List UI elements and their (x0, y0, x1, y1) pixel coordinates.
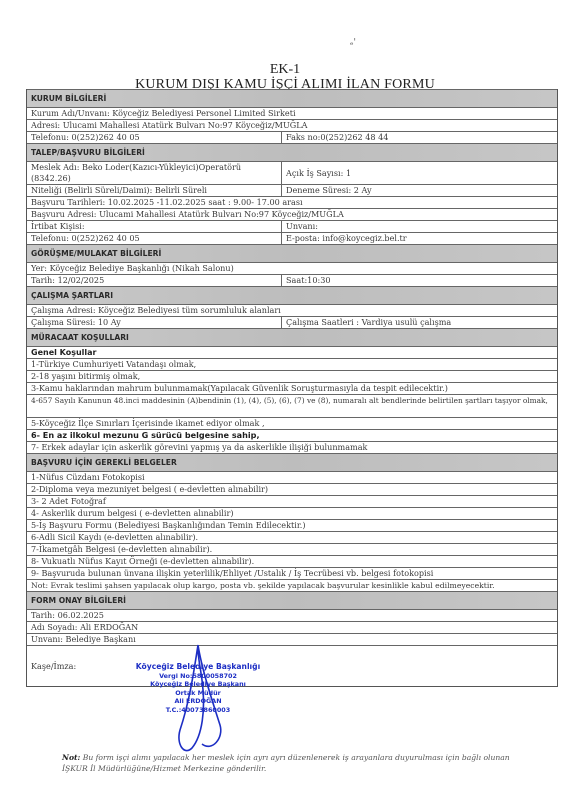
list-item: 2-18 yaşını bitirmiş olmak, (27, 370, 557, 382)
onay-adi-soyadi: Adı Soyadı: Ali ERDOĞAN (27, 622, 557, 633)
condition-7: 7- Erkek adaylar için askerlik görevini … (27, 442, 557, 453)
acik-is-sayisi: Açık İş Sayısı: 1 (282, 162, 557, 184)
section-title: KURUM BİLGİLERİ (27, 90, 557, 107)
footer-note-label: Not: (62, 753, 80, 762)
list-item: 3- 2 Adet Fotoğraf (27, 495, 557, 507)
irtibat-unvan: Unvanı: (282, 221, 557, 232)
announcement-form: KURUM BİLGİLERİ Kurum Adı/Unvanı: Köyceğ… (26, 89, 558, 687)
list-item: 7-İkametgâh Belgesi (e-devletten alınabi… (27, 543, 557, 555)
genel-kosullar-row: Genel Koşullar (27, 346, 557, 358)
kurum-name-row: Kurum Adı/Unvanı: Köyceğiz Belediyesi Pe… (27, 107, 557, 119)
basvuru-tarihleri: Başvuru Tarihleri: 10.02.2025 -11.02.202… (27, 197, 557, 208)
calisma-saatleri: Çalışma Saatleri : Vardiya usulü çalışma (282, 317, 557, 328)
onay-unvan: Unvanı: Belediye Başkanı (27, 634, 557, 645)
stamp-line: Ortak Müdür (128, 689, 268, 698)
kurum-fax: Faks no:0(252)262 48 44 (282, 132, 557, 143)
documents-note: Not: Evrak teslimi şahsen yapılacak olup… (27, 580, 557, 591)
calisma-adres-row: Çalışma Adresi: Köyceğiz Belediyesi tüm … (27, 304, 557, 316)
annex-label: EK-1 (0, 62, 570, 78)
onay-adi-row: Adı Soyadı: Ali ERDOĞAN (27, 621, 557, 633)
document-4: 4- Askerlik durum belgesi ( e-devletten … (27, 508, 557, 519)
stamp-line: T.C.:40073860003 (128, 706, 268, 715)
document-8: 8- Vukuatlı Nüfus Kayıt Örneği (e-devlet… (27, 556, 557, 567)
meslek-adi: Meslek Adı: Beko Loder(Kazıcı-Yükleyici)… (27, 162, 282, 184)
list-item: 3-Kamu haklarından mahrum bulunmamak(Yap… (27, 382, 557, 394)
footer-note-text: Bu form işçi alımı yapılacak her meslek … (62, 753, 510, 773)
calisma-sure-row: Çalışma Süresi: 10 Ay Çalışma Saatleri :… (27, 316, 557, 328)
irtibat-row: İrtibat Kişisi: Unvanı: (27, 220, 557, 232)
section-title: ÇALIŞMA ŞARTLARI (27, 287, 557, 304)
condition-1: 1-Türkiye Cumhuriyeti Vatandaşı olmak, (27, 359, 557, 370)
nitelik: Niteliği (Belirli Süreli/Daimi): Belirli… (27, 185, 282, 196)
basvuru-tarihleri-row: Başvuru Tarihleri: 10.02.2025 -11.02.202… (27, 196, 557, 208)
section-title: MÜRACAAT KOŞULLARI (27, 329, 557, 346)
onay-tarih-row: Tarih: 06.02.2025 (27, 609, 557, 621)
genel-kosullar-heading: Genel Koşullar (27, 347, 557, 358)
section-gorusme: GÖRÜŞME/MULAKAT BİLGİLERİ (27, 244, 557, 262)
nitelik-row: Niteliği (Belirli Süreli/Daimi): Belirli… (27, 184, 557, 196)
stamp-line: Vergi No:5800058702 (128, 672, 268, 681)
corner-mark: ₑ' (350, 38, 356, 48)
stamp-line: Ali ERDOĞAN (128, 697, 268, 706)
list-item: 5-İş Başvuru Formu (Belediyesi Başkanlığ… (27, 519, 557, 531)
irtibat-kisisi: İrtibat Kişisi: (27, 221, 282, 232)
talep-eposta: E-posta: info@koycegiz.bel.tr (282, 233, 557, 244)
list-item: 9- Başvuruda bulunan ünvana ilişkin yete… (27, 567, 557, 579)
list-item: 6-Adli Sicil Kaydı (e-devletten alınabil… (27, 531, 557, 543)
document-3: 3- 2 Adet Fotoğraf (27, 496, 557, 507)
gorusme-tarih-row: Tarih: 12/02/2025 Saat:10:30 (27, 274, 557, 286)
condition-6: 6- En az ilkokul mezunu G sürücü belgesi… (27, 430, 557, 441)
list-item: 6- En az ilkokul mezunu G sürücü belgesi… (27, 429, 557, 441)
gorusme-yer: Yer: Köyceğiz Belediye Başkanlığı (Nikah… (27, 263, 557, 274)
stamp-line: Köyceğiz Belediye Başkanı (128, 680, 268, 689)
document-1: 1-Nüfus Cüzdanı Fotokopisi (27, 472, 557, 483)
calisma-suresi: Çalışma Süresi: 10 Ay (27, 317, 282, 328)
talep-telefon: Telefonu: 0(252)262 40 05 (27, 233, 282, 244)
section-calisma: ÇALIŞMA ŞARTLARI (27, 286, 557, 304)
kurum-name: Kurum Adı/Unvanı: Köyceğiz Belediyesi Pe… (27, 108, 557, 119)
list-item: 1-Nüfus Cüzdanı Fotokopisi (27, 471, 557, 483)
list-item: 1-Türkiye Cumhuriyeti Vatandaşı olmak, (27, 358, 557, 370)
document-5: 5-İş Başvuru Formu (Belediyesi Başkanlığ… (27, 520, 557, 531)
document-7: 7-İkametgâh Belgesi (e-devletten alınabi… (27, 544, 557, 555)
kurum-contact-row: Telefonu: 0(252)262 40 05 Faks no:0(252)… (27, 131, 557, 143)
document-6: 6-Adli Sicil Kaydı (e-devletten alınabil… (27, 532, 557, 543)
basvuru-adresi-row: Başvuru Adresi: Ulucami Mahallesi Atatür… (27, 208, 557, 220)
condition-5: 5-Köyceğiz İlçe Sınırları İçerisinde ika… (27, 418, 557, 429)
section-talep: TALEP/BAŞVURU BİLGİLERİ (27, 143, 557, 161)
list-item: Not: Evrak teslimi şahsen yapılacak olup… (27, 579, 557, 591)
section-kurum: KURUM BİLGİLERİ (27, 89, 557, 107)
kurum-address: Adresi: Ulucami Mahallesi Atatürk Bulvar… (27, 120, 557, 131)
document-9: 9- Başvuruda bulunan ünvana ilişkin yete… (27, 568, 557, 579)
calisma-adresi: Çalışma Adresi: Köyceğiz Belediyesi tüm … (27, 305, 557, 316)
section-title: GÖRÜŞME/MULAKAT BİLGİLERİ (27, 245, 557, 262)
condition-2: 2-18 yaşını bitirmiş olmak, (27, 371, 557, 382)
document-2: 2-Diploma veya mezuniyet belgesi ( e-dev… (27, 484, 557, 495)
footer-note: Not: Bu form işçi alımı yapılacak her me… (62, 752, 532, 774)
basvuru-adresi: Başvuru Adresi: Ulucami Mahallesi Atatür… (27, 209, 557, 220)
section-title: TALEP/BAŞVURU BİLGİLERİ (27, 144, 557, 161)
deneme-suresi: Deneme Süresi: 2 Ay (282, 185, 557, 196)
condition-4: 4-657 Sayılı Kanunun 48.inci maddesinin … (27, 395, 557, 417)
list-item: 8- Vukuatlı Nüfus Kayıt Örneği (e-devlet… (27, 555, 557, 567)
stamp-line: Köyceğiz Belediye Başkanlığı (128, 663, 268, 672)
gorusme-yer-row: Yer: Köyceğiz Belediye Başkanlığı (Nikah… (27, 262, 557, 274)
onay-unvan-row: Unvanı: Belediye Başkanı (27, 633, 557, 645)
section-muracaat: MÜRACAAT KOŞULLARI (27, 328, 557, 346)
list-item: 4- Askerlik durum belgesi ( e-devletten … (27, 507, 557, 519)
list-item: 5-Köyceğiz İlçe Sınırları İçerisinde ika… (27, 417, 557, 429)
official-stamp: Köyceğiz Belediye Başkanlığı Vergi No:58… (128, 663, 268, 714)
list-item: 7- Erkek adaylar için askerlik görevini … (27, 441, 557, 453)
talep-contact-row: Telefonu: 0(252)262 40 05 E-posta: info@… (27, 232, 557, 244)
gorusme-tarih: Tarih: 12/02/2025 (27, 275, 282, 286)
section-title: FORM ONAY BİLGİLERİ (27, 592, 557, 609)
section-belgeler: BAŞVURU İÇİN GEREKLİ BELGELER (27, 453, 557, 471)
meslek-row: Meslek Adı: Beko Loder(Kazıcı-Yükleyici)… (27, 161, 557, 184)
section-title: BAŞVURU İÇİN GEREKLİ BELGELER (27, 454, 557, 471)
onay-tarih: Tarih: 06.02.2025 (27, 610, 557, 621)
condition-3: 3-Kamu haklarından mahrum bulunmamak(Yap… (27, 383, 557, 394)
gorusme-saat: Saat:10:30 (282, 275, 557, 286)
kase-imza-row: Kaşe/İmza: (27, 645, 557, 686)
kurum-address-row: Adresi: Ulucami Mahallesi Atatürk Bulvar… (27, 119, 557, 131)
kase-imza-label: Kaşe/İmza: (27, 661, 557, 672)
list-item: 4-657 Sayılı Kanunun 48.inci maddesinin … (27, 394, 557, 417)
kurum-phone: Telefonu: 0(252)262 40 05 (27, 132, 282, 143)
list-item: 2-Diploma veya mezuniyet belgesi ( e-dev… (27, 483, 557, 495)
section-onay: FORM ONAY BİLGİLERİ (27, 591, 557, 609)
